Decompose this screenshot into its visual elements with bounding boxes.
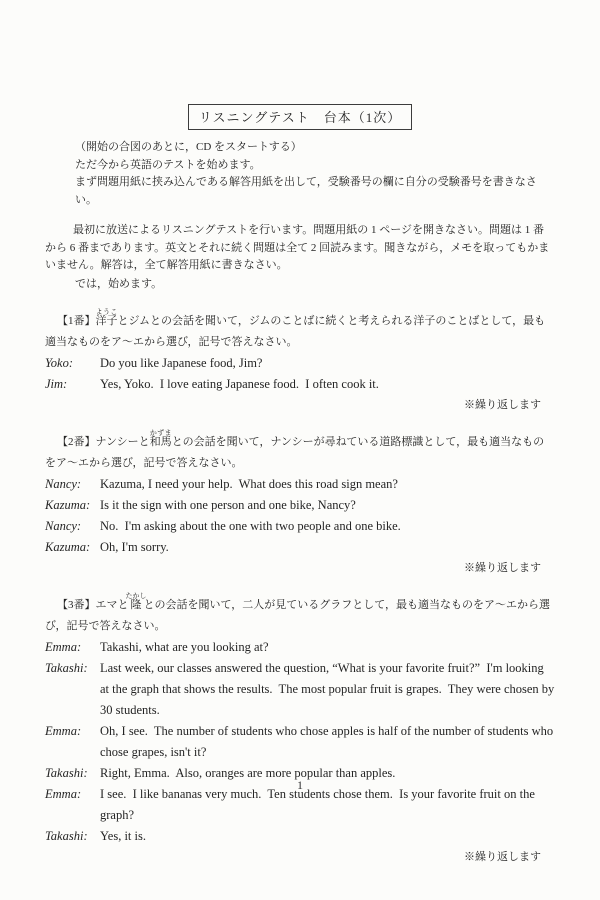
section-3-dialogue: Emma: Takashi, what are you looking at? …	[45, 637, 555, 847]
title-row: リスニングテスト 台本（1次）	[0, 0, 600, 130]
speaker-name: Kazuma:	[45, 537, 100, 558]
section-3-ruby-furigana: たかし	[126, 592, 147, 600]
content: （開始の合図のあとに，CD をスタートする） ただ今から英語のテストを始めます。…	[0, 130, 600, 866]
section-1-prompt: 【1番】洋子ようことジムとの会話を聞いて，ジムのことばに続くと考えられる洋子のこ…	[45, 308, 555, 353]
page-title: リスニングテスト 台本（1次）	[188, 104, 412, 130]
intro-line-begin-test: ただ今から英語のテストを始めます。	[45, 157, 555, 175]
dialogue-line: Takashi: Yes, it is.	[45, 826, 555, 847]
dialogue-line: Emma: Oh, I see. The number of students …	[45, 721, 555, 763]
section-2-ruby-furigana: かずま	[150, 429, 172, 437]
section-1-prompt-suffix: とジムとの会話を聞いて，ジムのことばに続くと考えられる洋子のことばとして，最も適…	[45, 315, 545, 348]
section-3-prompt: 【3番】エマと隆たかしとの会話を聞いて，二人が見ているグラフとして，最も適当なも…	[45, 592, 555, 637]
speaker-name: Jim:	[45, 374, 100, 395]
intro-line-answer-sheet: まず問題用紙に挟み込んである解答用紙を出して，受験番号の欄に自分の受験番号を書き…	[45, 174, 555, 209]
speech-text: Oh, I see. The number of students who ch…	[100, 721, 555, 763]
speaker-name: Yoko:	[45, 353, 100, 374]
speaker-name: Emma:	[45, 721, 100, 763]
speech-text: Yes, it is.	[100, 826, 555, 847]
section-2-prompt: 【2番】ナンシーと和馬かずまとの会話を聞いて，ナンシーが尋ねている道路標識として…	[45, 429, 555, 474]
section-question-3: 【3番】エマと隆たかしとの会話を聞いて，二人が見ているグラフとして，最も適当なも…	[45, 592, 555, 866]
dialogue-line: Nancy: No. I'm asking about the one with…	[45, 516, 555, 537]
section-question-1: 【1番】洋子ようことジムとの会話を聞いて，ジムのことばに続くと考えられる洋子のこ…	[45, 308, 555, 414]
section-2-dialogue: Nancy: Kazuma, I need your help. What do…	[45, 474, 555, 558]
speech-text: Do you like Japanese food, Jim?	[100, 353, 555, 374]
repeat-note: ※繰り返します	[45, 397, 541, 414]
speaker-name: Nancy:	[45, 474, 100, 495]
speaker-name: Kazuma:	[45, 495, 100, 516]
speaker-name: Takashi:	[45, 826, 100, 847]
section-1-dialogue: Yoko: Do you like Japanese food, Jim? Ji…	[45, 353, 555, 395]
dialogue-line: Jim: Yes, Yoko. I love eating Japanese f…	[45, 374, 555, 395]
dialogue-line: Takashi: Last week, our classes answered…	[45, 658, 555, 721]
section-1-prompt-prefix: 【1番】	[57, 315, 96, 327]
intro-block: （開始の合図のあとに，CD をスタートする） ただ今から英語のテストを始めます。…	[45, 139, 555, 293]
section-1-ruby-furigana: ようこ	[96, 308, 118, 316]
section-3-ruby-name: 隆たかし	[129, 599, 144, 611]
repeat-note: ※繰り返します	[45, 849, 541, 866]
section-3-prompt-prefix: 【3番】エマと	[57, 599, 129, 611]
dialogue-line: Kazuma: Is it the sign with one person a…	[45, 495, 555, 516]
section-2-ruby-base: 和馬	[150, 436, 172, 448]
section-2-prompt-prefix: 【2番】ナンシーと	[57, 436, 150, 448]
speech-text: Kazuma, I need your help. What does this…	[100, 474, 555, 495]
page-number: 1	[0, 778, 600, 793]
dialogue-line: Emma: Takashi, what are you looking at?	[45, 637, 555, 658]
intro-paragraph-instructions: 最初に放送によるリスニングテストを行います。問題用紙の 1 ページを開きなさい。…	[45, 222, 555, 275]
repeat-note: ※繰り返します	[45, 560, 541, 577]
section-2-ruby-name: 和馬かずま	[150, 436, 172, 448]
speaker-name: Takashi:	[45, 658, 100, 721]
section-1-ruby-name: 洋子ようこ	[96, 315, 118, 327]
intro-line-cd-start: （開始の合図のあとに，CD をスタートする）	[45, 139, 555, 157]
speech-text: Is it the sign with one person and one b…	[100, 495, 555, 516]
scanned-test-script-page: リスニングテスト 台本（1次） （開始の合図のあとに，CD をスタートする） た…	[0, 0, 600, 900]
speaker-name: Nancy:	[45, 516, 100, 537]
speech-text: Last week, our classes answered the ques…	[100, 658, 555, 721]
speech-text: Oh, I'm sorry.	[100, 537, 555, 558]
dialogue-line: Yoko: Do you like Japanese food, Jim?	[45, 353, 555, 374]
speech-text: Takashi, what are you looking at?	[100, 637, 555, 658]
speaker-name: Emma:	[45, 637, 100, 658]
section-1-ruby-base: 洋子	[96, 315, 118, 327]
intro-line-lets-begin: では，始めます。	[45, 276, 555, 294]
speech-text: Yes, Yoko. I love eating Japanese food. …	[100, 374, 555, 395]
speech-text: No. I'm asking about the one with two pe…	[100, 516, 555, 537]
dialogue-line: Nancy: Kazuma, I need your help. What do…	[45, 474, 555, 495]
section-question-2: 【2番】ナンシーと和馬かずまとの会話を聞いて，ナンシーが尋ねている道路標識として…	[45, 429, 555, 577]
dialogue-line: Kazuma: Oh, I'm sorry.	[45, 537, 555, 558]
